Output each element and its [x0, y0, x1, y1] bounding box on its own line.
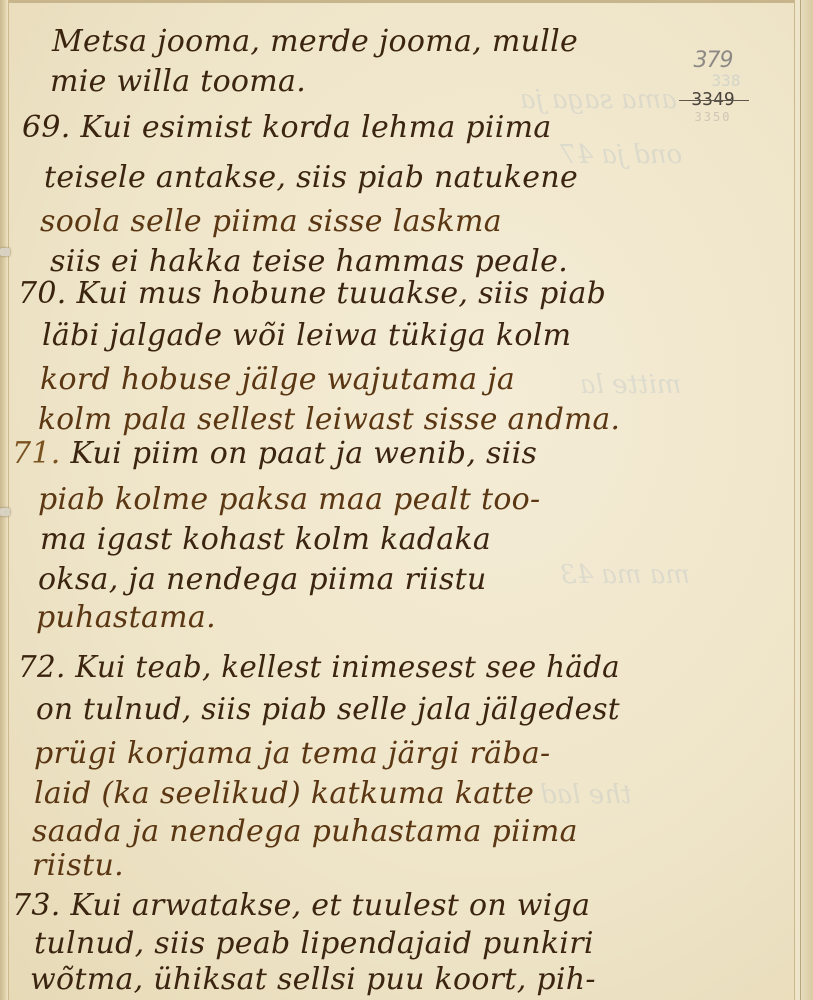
- text-line: piab kolme paksa maa pealt too-: [38, 482, 540, 517]
- text-line: teisele antakse, siis piab natukene: [44, 160, 578, 195]
- binding-gutter: [0, 0, 9, 1000]
- entry-number: 72.: [18, 650, 66, 685]
- binding-stitch: [0, 508, 10, 516]
- faint-stamp-number: 3350: [668, 110, 758, 124]
- entry-73-line: 73. Kui arwatakse, et tuulest on wiga: [12, 888, 590, 923]
- bleed-through-text: mitte la: [580, 370, 681, 400]
- text-line: ma igast kohast kolm kadaka: [40, 522, 491, 557]
- text-line: riistu.: [32, 848, 124, 883]
- entry-number: 70.: [18, 276, 67, 311]
- entry-69-line: 69. Kui esimist korda lehma piima: [22, 110, 552, 145]
- bleed-through-text: ond ja 47: [560, 140, 682, 170]
- faded-page-number: 338: [668, 71, 758, 90]
- text-line: kolm pala sellest leiwast sisse andma.: [38, 402, 620, 437]
- entry-72-line: 72. Kui teab, kellest inimesest see häda: [18, 650, 620, 685]
- text-line: kord hobuse jälge wajutama ja: [40, 362, 515, 397]
- entry-70-line: 70. Kui mus hobune tuuakse, siis piab: [18, 276, 606, 311]
- page-edge-outer: [800, 0, 813, 1000]
- text-line: tulnud, siis peab lipendajaid punkiri: [34, 926, 594, 961]
- entry-number: 69.: [22, 110, 71, 145]
- entry-71-line: 71. Kui piim on paat ja wenib, siis: [12, 436, 537, 471]
- text-line: oksa, ja nendega piima riistu: [38, 562, 487, 597]
- text-line: saada ja nendega puhastama piima: [32, 814, 578, 849]
- bleed-through-text: ma ma 43: [560, 560, 690, 590]
- pencil-page-number: 379: [668, 48, 758, 73]
- text-line: läbi jalgade wõi leiwa tükiga kolm: [42, 318, 571, 353]
- entry-number: 73.: [12, 888, 61, 923]
- text-line: laid (ka seelikud) katkuma katte: [34, 776, 534, 811]
- binding-stitch: [0, 248, 10, 256]
- text-line: wõtma, ühiksat sellsi puu koort, pih-: [30, 962, 596, 997]
- manuscript-page: ama saga ja ond ja 47 mitte la ma ma 43 …: [0, 0, 813, 1000]
- text-line: puhastama.: [36, 600, 216, 635]
- text-line: soola selle piima sisse laskma: [40, 204, 502, 239]
- text-line: siis ei hakka teise hammas peale.: [50, 244, 568, 279]
- text-line: Metsa jooma, merde jooma, mulle: [52, 24, 578, 59]
- entry-number: 71.: [12, 436, 61, 471]
- struck-stamp-number: 3349: [691, 89, 734, 110]
- archive-marks: 379 338 3349 3350: [668, 48, 758, 124]
- text-line: prügi korjama ja tema järgi räba-: [34, 736, 550, 771]
- bleed-through-text: the lad: [540, 780, 631, 810]
- text-line: mie willa tooma.: [50, 64, 306, 99]
- text-line: on tulnud, siis piab selle jala jälgedes…: [36, 692, 620, 727]
- page-top-edge: [0, 0, 813, 3]
